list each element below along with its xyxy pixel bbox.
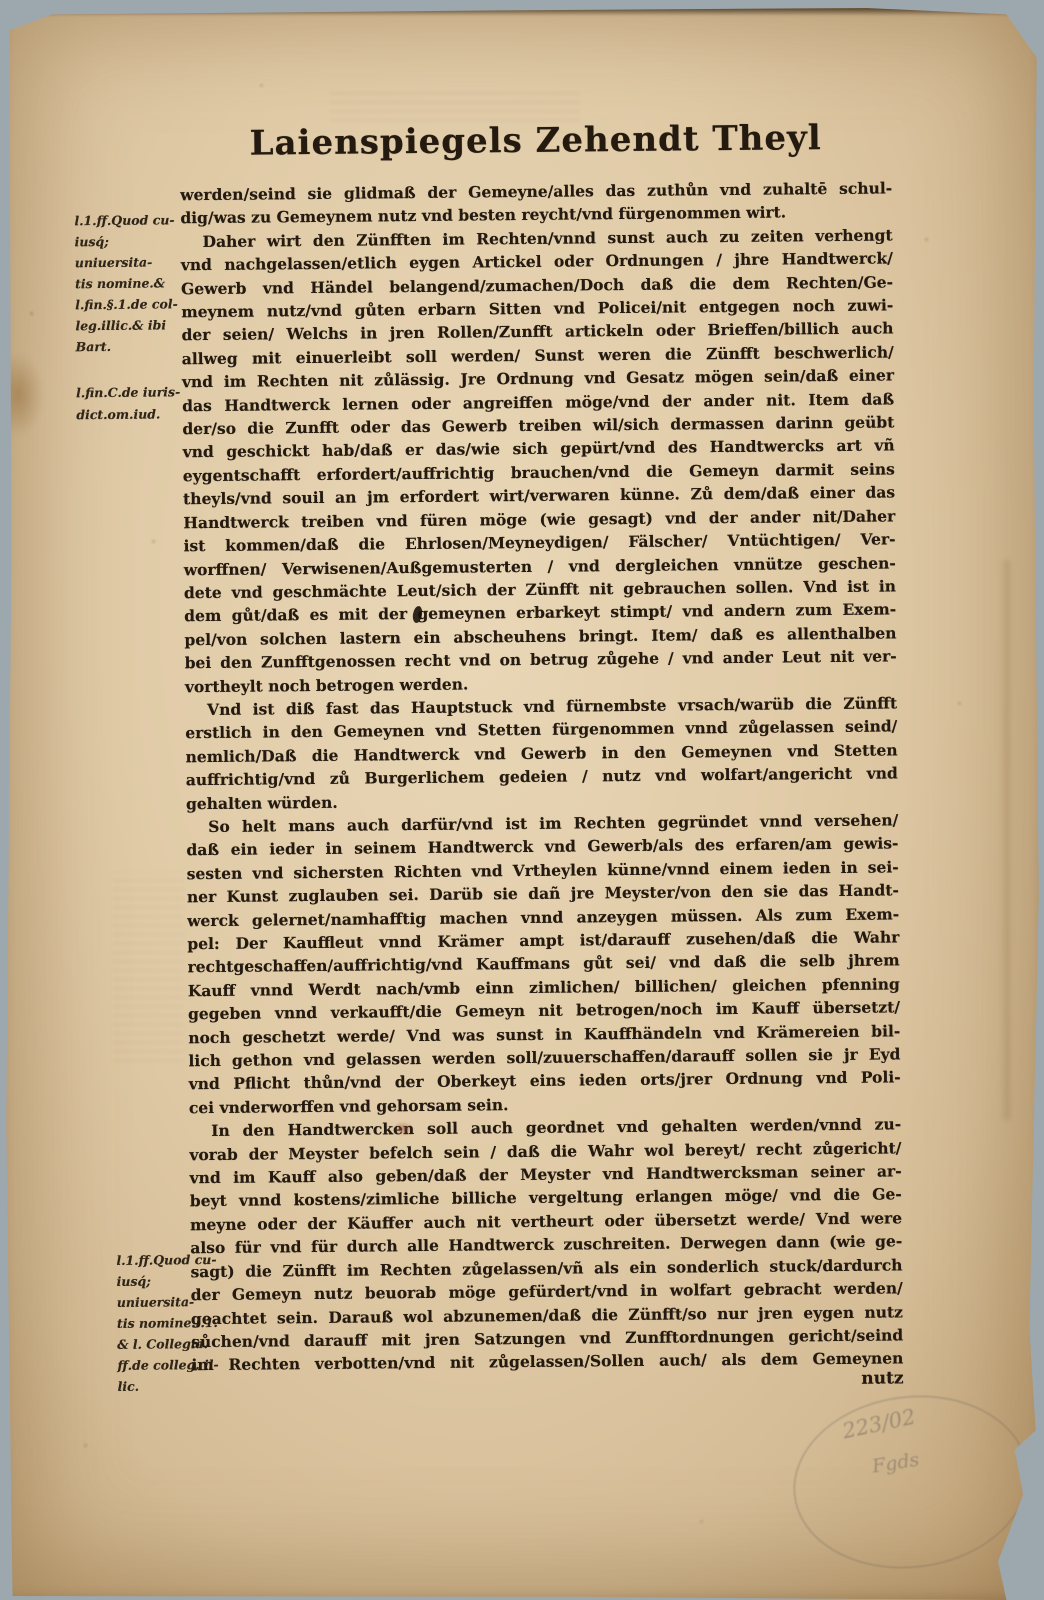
paper-freckles (0, 0, 3, 3)
photo-backdrop: { "colors": { "backdrop": "#9da7ae", "pa… (0, 0, 1044, 1600)
margin-note-line: iusq́; uniuersita- (75, 230, 183, 273)
page-title: Laienspiegels Zehendt Theyl (179, 117, 891, 164)
margin-note-line: leg.illic.& ibi (75, 314, 183, 336)
margin-note-line: dict.om.iud. (76, 403, 184, 426)
margin-note-line: Bart. (76, 335, 184, 357)
margin-note-citation: l.1.ff.Quod cu-iusq́; uniuersita-tis nom… (74, 209, 183, 357)
printed-content: Laienspiegels Zehendt Theyl l.1.ff.Quod … (0, 0, 1044, 1600)
paper-stain-small (394, 1122, 412, 1135)
margin-note-line: l.fin.C.de iuris- (76, 381, 184, 404)
text-block: werden/seind sie glidmaß der Gemeyne/all… (180, 176, 903, 1376)
margin-note-line: l.1.ff.Quod cu- (74, 209, 182, 231)
book-page: Laienspiegels Zehendt Theyl l.1.ff.Quod … (0, 0, 1044, 1600)
margin-note-citation: l.fin.C.de iuris-dict.om.iud. (76, 381, 184, 426)
margin-note-line: tis nomine.& (75, 272, 183, 294)
margin-note-line: l.fin.§.1.de col- (75, 293, 183, 315)
